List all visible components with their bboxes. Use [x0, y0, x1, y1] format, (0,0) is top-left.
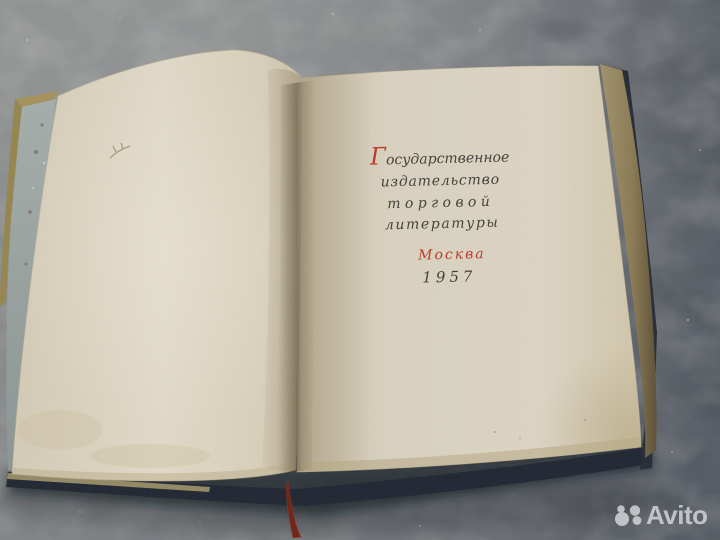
photo-scene: Государственное издательство торговой ли…: [0, 0, 720, 540]
photo-grain: [0, 0, 720, 540]
book-photo: Государственное издательство торговой ли…: [0, 0, 720, 540]
